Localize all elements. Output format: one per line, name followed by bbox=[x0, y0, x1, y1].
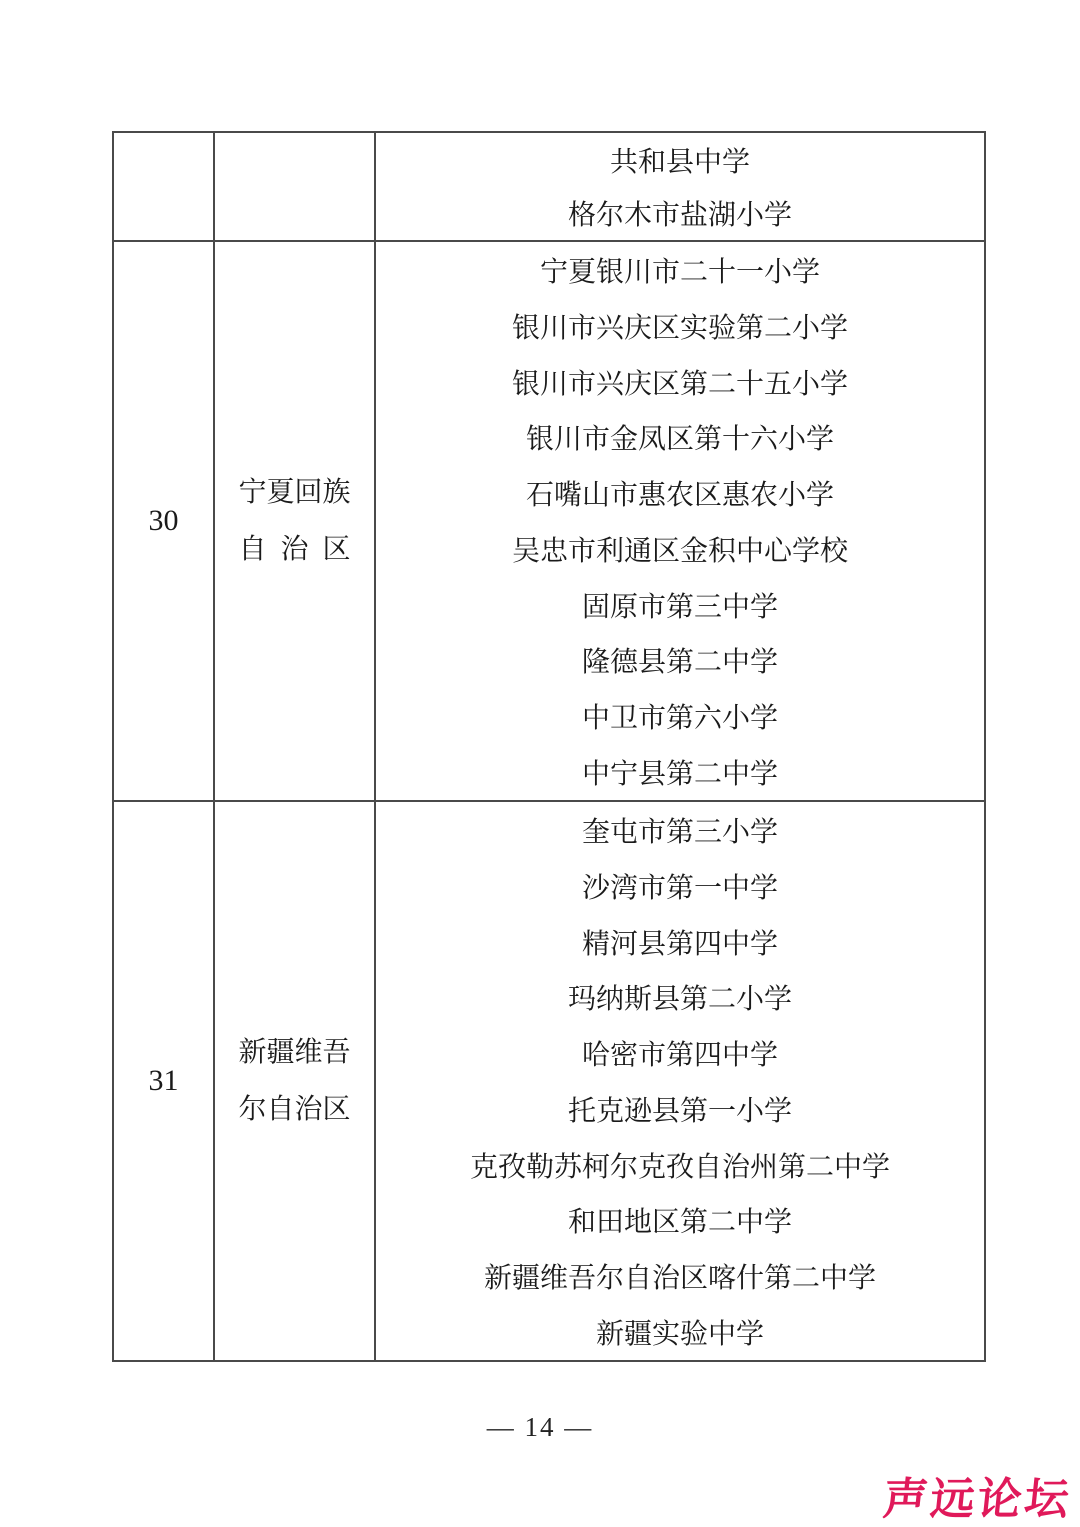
school-name: 哈密市第四中学 bbox=[582, 1025, 778, 1081]
row-number-cell: 30 bbox=[114, 242, 215, 800]
school-name: 中卫市第六小学 bbox=[582, 688, 778, 744]
school-name: 石嘴山市惠农区惠农小学 bbox=[526, 465, 834, 521]
school-name: 银川市金凤区第十六小学 bbox=[526, 409, 834, 465]
school-name: 中宁县第二中学 bbox=[582, 744, 778, 800]
school-name: 精河县第四中学 bbox=[582, 914, 778, 970]
school-name: 隆德县第二中学 bbox=[582, 633, 778, 689]
school-name: 奎屯市第三小学 bbox=[582, 802, 778, 858]
school-name: 玛纳斯县第二小学 bbox=[568, 969, 792, 1025]
school-name: 银川市兴庆区实验第二小学 bbox=[512, 298, 848, 354]
region-name-line: 新疆维吾 bbox=[238, 1024, 350, 1081]
row-number: 31 bbox=[149, 1064, 179, 1098]
table-row: 共和县中学 格尔木市盐湖小学 bbox=[114, 133, 984, 240]
school-name: 固原市第三中学 bbox=[582, 577, 778, 633]
region-cell: 宁夏回族 自治区 bbox=[215, 242, 376, 800]
schools-cell: 共和县中学 格尔木市盐湖小学 bbox=[376, 133, 984, 240]
page-number: — 14 — bbox=[0, 1412, 1080, 1443]
region-name-line: 尔自治区 bbox=[238, 1081, 350, 1138]
school-name: 克孜勒苏柯尔克孜自治州第二中学 bbox=[470, 1137, 890, 1193]
document-page: 共和县中学 格尔木市盐湖小学 30 宁夏回族 自治区 宁夏银川市二十一小学 银川… bbox=[0, 0, 1080, 1527]
row-number-cell: 31 bbox=[114, 802, 215, 1360]
region-cell: 新疆维吾 尔自治区 bbox=[215, 802, 376, 1360]
region-name-line: 自治区 bbox=[238, 521, 364, 578]
table-row: 30 宁夏回族 自治区 宁夏银川市二十一小学 银川市兴庆区实验第二小学 银川市兴… bbox=[114, 240, 984, 800]
school-name: 沙湾市第一中学 bbox=[582, 858, 778, 914]
school-list-table: 共和县中学 格尔木市盐湖小学 30 宁夏回族 自治区 宁夏银川市二十一小学 银川… bbox=[112, 131, 986, 1362]
schools-cell: 奎屯市第三小学 沙湾市第一中学 精河县第四中学 玛纳斯县第二小学 哈密市第四中学… bbox=[376, 802, 984, 1360]
forum-watermark-logo: 声远论坛 bbox=[881, 1463, 1076, 1527]
region-cell bbox=[215, 133, 376, 240]
region-name-line: 宁夏回族 bbox=[238, 464, 350, 521]
school-name: 和田地区第二中学 bbox=[568, 1193, 792, 1249]
school-name: 宁夏银川市二十一小学 bbox=[540, 242, 820, 298]
school-name: 格尔木市盐湖小学 bbox=[568, 187, 792, 240]
school-name: 新疆维吾尔自治区喀什第二中学 bbox=[484, 1248, 876, 1304]
table-row: 31 新疆维吾 尔自治区 奎屯市第三小学 沙湾市第一中学 精河县第四中学 玛纳斯… bbox=[114, 800, 984, 1360]
schools-cell: 宁夏银川市二十一小学 银川市兴庆区实验第二小学 银川市兴庆区第二十五小学 银川市… bbox=[376, 242, 984, 800]
school-name: 吴忠市利通区金积中心学校 bbox=[512, 521, 848, 577]
school-name: 银川市兴庆区第二十五小学 bbox=[512, 354, 848, 410]
row-number-cell bbox=[114, 133, 215, 240]
row-number: 30 bbox=[149, 504, 179, 538]
school-name: 托克逊县第一小学 bbox=[568, 1081, 792, 1137]
school-name: 共和县中学 bbox=[610, 134, 750, 187]
school-name: 新疆实验中学 bbox=[596, 1304, 764, 1360]
